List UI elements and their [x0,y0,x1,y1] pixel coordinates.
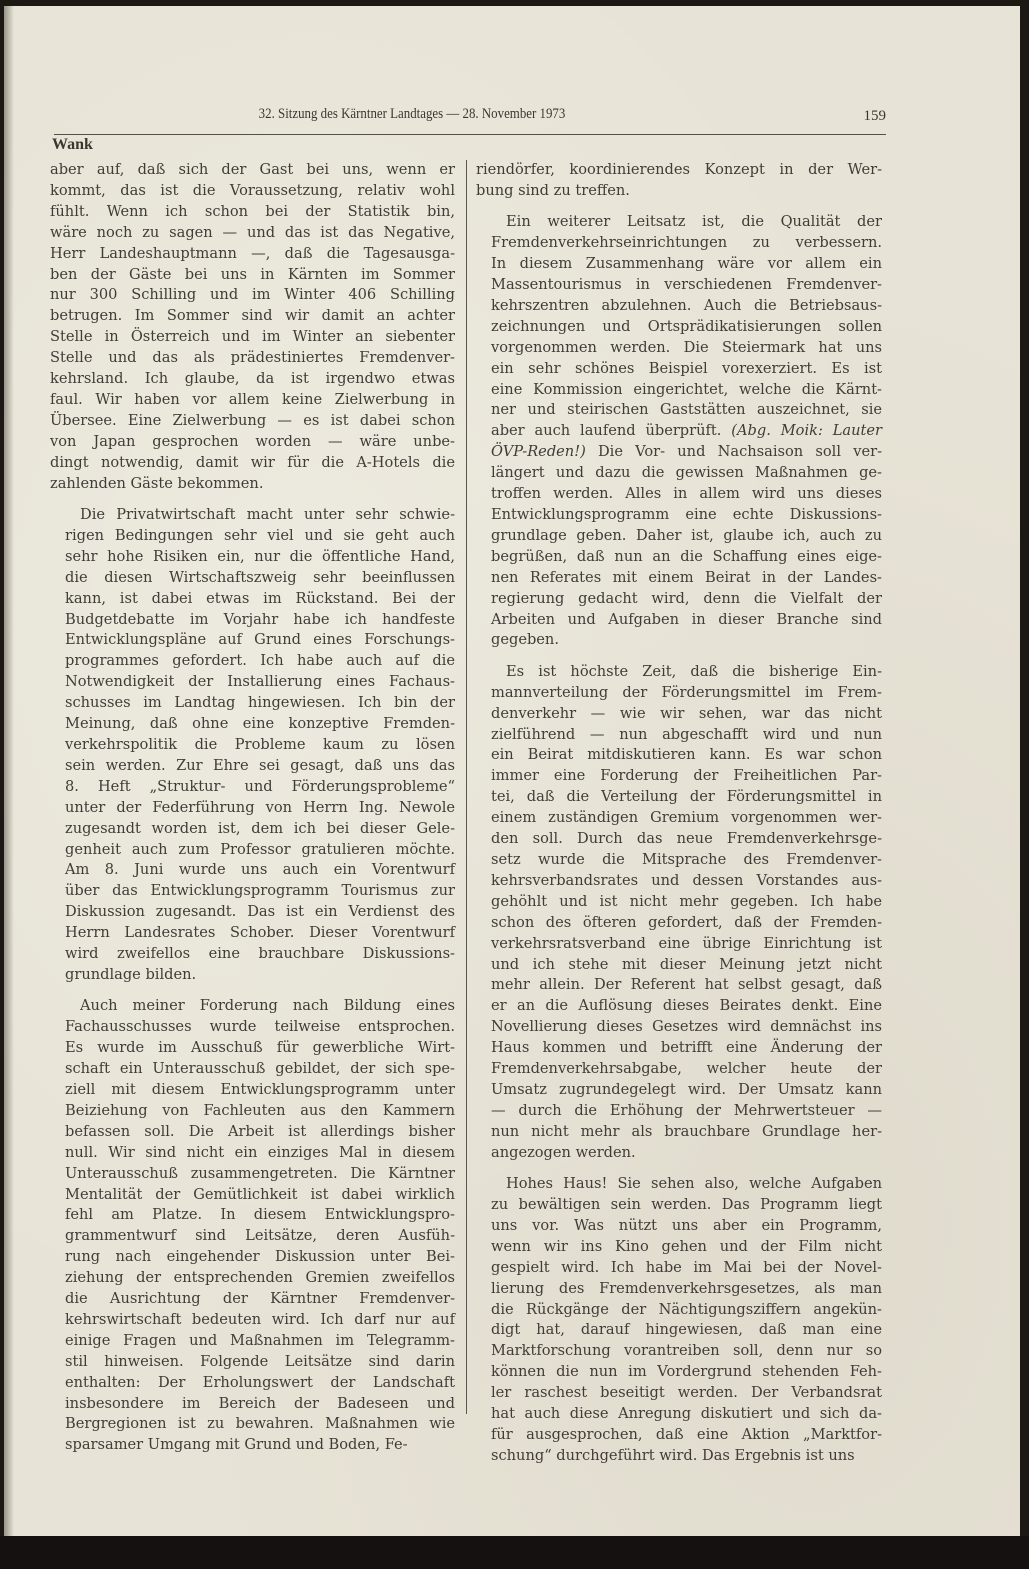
text-line: fühlt. Wenn ich schon bei der Statistik … [50,202,455,223]
text-line: den soll. Durch das neue Fremdenverkehrs… [476,829,882,850]
text-line: Auch meiner Forderung nach Bildung eines [50,996,455,1017]
running-head-title: 32. Sitzung des Kärntner Landtages — 28.… [102,106,721,123]
text-line: Stelle und das als prädestiniertes Fremd… [50,348,455,369]
text-line: Marktforschung vorantreiben soll, denn n… [476,1341,882,1362]
text-line: nen Referates mit einem Beirat in der La… [476,568,882,589]
text-line: tei, daß die Verteilung der Förderungsmi… [476,787,882,808]
text-line: Herrn Landesrates Schober. Dieser Vorent… [50,923,455,944]
text-line: Bergregionen ist zu bewahren. Maßnahmen … [50,1414,455,1435]
text-line: zu bewältigen sein werden. Das Programm … [476,1195,882,1216]
text-line: mehr allein. Der Referent hat selbst ges… [476,975,882,996]
text-line: gehöhlt und ist nicht mehr gegeben. Ich … [476,892,882,913]
text-line: — durch die Erhöhung der Mehrwertsteuer … [476,1101,882,1122]
column-divider [466,160,467,1414]
text-line: Die Privatwirtschaft macht unter sehr sc… [50,505,455,526]
text-line: für ausgesprochen, daß eine Aktion „Mark… [476,1425,882,1446]
text-line: Meinung, daß ohne eine konzeptive Fremde… [50,714,455,735]
binding-shadow [4,6,14,1536]
left-column: aber auf, daß sich der Gast bei uns, wen… [50,160,455,1456]
text-line: ner und steirischen Gaststätten auszeich… [476,400,882,421]
paragraph: Auch meiner Forderung nach Bildung eines… [50,996,455,1456]
text-line: immer eine Forderung der Freiheitlichen … [476,766,882,787]
text-line: aber auch laufend überprüft. (Abg. Moik:… [476,421,882,442]
text-line: längert und dazu die gewissen Maßnahmen … [476,463,882,484]
text-line: wäre noch zu sagen — und das ist das Neg… [50,223,455,244]
text-line: gegeben. [476,630,882,651]
text-line: schaft ein Unterausschuß gebildet, der s… [50,1059,455,1080]
text-line: insbesondere im Bereich der Badeseen und [50,1394,455,1415]
text-line: können die nun im Vordergrund stehenden … [476,1362,882,1383]
text-line: sein werden. Zur Ehre sei gesagt, daß un… [50,756,455,777]
text-line: bung sind zu treffen. [476,181,882,202]
header-rule [54,134,886,135]
text-line: Ein weiterer Leitsatz ist, die Qualität … [476,212,882,233]
text-line: Notwendigkeit der Installierung eines Fa… [50,672,455,693]
text-line: aber auf, daß sich der Gast bei uns, wen… [50,160,455,181]
text-line: Fremdenverkehrseinrichtungen zu verbesse… [476,233,882,254]
text-line: ein Beirat mitdiskutieren kann. Es war s… [476,745,882,766]
text-line: null. Wir sind nicht ein einziges Mal in… [50,1143,455,1164]
paragraph: Hohes Haus! Sie sehen also, welche Aufga… [476,1174,882,1467]
text-line: sehr hohe Risiken ein, nur die öffentlic… [50,547,455,568]
text-line: einige Fragen und Maßnahmen im Telegramm… [50,1331,455,1352]
paragraph: Die Privatwirtschaft macht unter sehr sc… [50,505,455,986]
text-line: kehrszentren abzulehnen. Auch die Betrie… [476,296,882,317]
text-line: troffen werden. Alles in allem wird uns … [476,484,882,505]
text-line: begrüßen, daß nun an die Schaffung eines… [476,547,882,568]
text-line: zahlenden Gäste bekommen. [50,474,455,495]
text-line: vorgenommen werden. Die Steiermark hat u… [476,338,882,359]
text-line: dingt notwendig, damit wir für die A-Hot… [50,453,455,474]
text-line: zeichnungen und Ortsprädikatisierungen s… [476,317,882,338]
text-line: Fremdenverkehrsabgabe, welcher heute der [476,1059,882,1080]
text-line: Stelle in Österreich und im Winter an si… [50,327,455,348]
text-line: unter der Federführung von Herrn Ing. Ne… [50,798,455,819]
paragraph: Ein weiterer Leitsatz ist, die Qualität … [476,212,882,651]
text-line: grundlage bilden. [50,965,455,986]
text-line: schusses im Landtag hingewiesen. Ich bin… [50,693,455,714]
paragraph: aber auf, daß sich der Gast bei uns, wen… [50,160,455,495]
text-line: wird zweifellos eine brauchbare Diskussi… [50,944,455,965]
right-column: riendörfer, koordinierendes Konzept in d… [476,160,882,1467]
text-line: ziell mit diesem Entwicklungsprogramm un… [50,1080,455,1101]
text-line: kehrswirtschaft bedeuten wird. Ich darf … [50,1310,455,1331]
text-line: lierung des Fremdenverkehrsgesetzes, als… [476,1279,882,1300]
text-line: rigen Bedingungen sehr viel und sie geht… [50,526,455,547]
text-line: grammentwurf sind Leitsätze, deren Ausfü… [50,1226,455,1247]
text-line: ler raschest beseitigt werden. Der Verba… [476,1383,882,1404]
text-line: 8. Heft „Struktur- und Förderungsproblem… [50,777,455,798]
text-line: Haus kommen und betrifft eine Änderung d… [476,1038,882,1059]
text-line: und ich stehe mit dieser Meinung jetzt n… [476,955,882,976]
scanned-page: 32. Sitzung des Kärntner Landtages — 28.… [4,6,1020,1536]
interjection: (Abg. Moik: Lauter [731,422,882,439]
scan-border-bottom [0,1536,1029,1569]
text-line: In diesem Zusammenhang wäre vor allem ei… [476,254,882,275]
text-line: nur 300 Schilling und im Winter 406 Schi… [50,285,455,306]
text-line: ziehung der entsprechenden Gremien zweif… [50,1268,455,1289]
text-line: Budgetdebatte im Vorjahr habe ich handfe… [50,610,455,631]
text-line: Hohes Haus! Sie sehen also, welche Aufga… [476,1174,882,1195]
text-line: Arbeiten und Aufgaben in dieser Branche … [476,610,882,631]
text-line: stil hinweisen. Folgende Leitsätze sind … [50,1352,455,1373]
page-number: 159 [864,108,887,125]
text-line: kehrsverbandsrates und dessen Vorstandes… [476,871,882,892]
text-line: riendörfer, koordinierendes Konzept in d… [476,160,882,181]
text-line: Novellierung dieses Gesetzes wird demnäc… [476,1017,882,1038]
text-line: Mentalität der Gemütlichkeit ist dabei w… [50,1185,455,1206]
text-line: Entwicklungsprogramm eine echte Diskussi… [476,505,882,526]
text-line: setz wurde die Mitsprache des Fremdenver… [476,850,882,871]
text-line: Fachausschusses wurde teilweise entsproc… [50,1017,455,1038]
paragraph: riendörfer, koordinierendes Konzept in d… [476,160,882,202]
text-line: Diskussion zugesandt. Das ist ein Verdie… [50,902,455,923]
text-line: Umsatz zugrundegelegt wird. Der Umsatz k… [476,1080,882,1101]
text-line: einem zuständigen Gremium vorgenommen we… [476,808,882,829]
text-line: betrugen. Im Sommer sind wir damit an ac… [50,306,455,327]
text-line: sparsamer Umgang mit Grund und Boden, Fe… [50,1435,455,1456]
text-line: Massentourismus in verschiedenen Fremden… [476,275,882,296]
running-head: 32. Sitzung des Kärntner Landtages — 28.… [52,106,886,130]
text-line: regierung gedacht wird, denn die Vielfal… [476,589,882,610]
text-line: Herr Landeshauptmann —, daß die Tagesaus… [50,244,455,265]
text-line: Beiziehung von Fachleuten aus den Kammer… [50,1101,455,1122]
text-line: uns vor. Was nützt uns aber ein Programm… [476,1216,882,1237]
text-line: die Ausrichtung der Kärntner Fremdenver- [50,1289,455,1310]
text-line: die Rückgänge der Nächtigungsziffern ang… [476,1300,882,1321]
interjection: ÖVP-Reden!) [491,443,586,460]
text-line: über das Entwicklungsprogramm Tourismus … [50,881,455,902]
text-line: zielführend — nun abgeschafft wird und n… [476,725,882,746]
text-line: grundlage geben. Daher ist, glaube ich, … [476,526,882,547]
text-line: ben der Gäste bei uns in Kärnten im Somm… [50,265,455,286]
text-line: fehl am Platze. In diesem Entwicklungspr… [50,1205,455,1226]
text-line: Übersee. Eine Zielwerbung — es ist dabei… [50,411,455,432]
text-line: die diesen Wirtschaftszweig sehr beeinfl… [50,568,455,589]
text-line: rung nach eingehender Diskussion unter B… [50,1247,455,1268]
text-line: schon des öfteren gefordert, daß der Fre… [476,913,882,934]
text-line: kehrsland. Ich glaube, da ist irgendwo e… [50,369,455,390]
text-line: befassen soll. Die Arbeit ist allerdings… [50,1122,455,1143]
text-line: Es ist höchste Zeit, daß die bisherige E… [476,662,882,683]
text-line: eine Kommission eingerichtet, welche die… [476,380,882,401]
text-line: denverkehr — wie wir sehen, war das nich… [476,704,882,725]
text-line: wenn wir ins Kino gehen und der Film nic… [476,1237,882,1258]
text-line: genheit auch zum Professor gratulieren m… [50,840,455,861]
text-line: gespielt wird. Ich habe im Mai bei der N… [476,1258,882,1279]
text-line: Es wurde im Ausschuß für gewerbliche Wir… [50,1038,455,1059]
speaker-name: Wank [52,136,93,154]
text-line: verkehrsratsverband eine übrige Einricht… [476,934,882,955]
text-line: schung“ durchgeführt wird. Das Ergebnis … [476,1446,882,1467]
text-line: ÖVP-Reden!) Die Vor- und Nachsaison soll… [476,442,882,463]
text-line: kommt, das ist die Voraussetzung, relati… [50,181,455,202]
text-line: er an die Auflösung dieses Beirates denk… [476,996,882,1017]
text-line: Am 8. Juni wurde uns auch ein Vorentwurf [50,860,455,881]
text-line: angezogen werden. [476,1143,882,1164]
text-line: enthalten: Der Erholungswert der Landsch… [50,1373,455,1394]
text-line: von Japan gesprochen worden — wäre unbe- [50,432,455,453]
text-line: mannverteilung der Förderungsmittel im F… [476,683,882,704]
text-line: hat auch diese Anregung diskutiert und s… [476,1404,882,1425]
text-line: nun nicht mehr als brauchbare Grundlage … [476,1122,882,1143]
text-line: digt hat, darauf hingewiesen, daß man ei… [476,1320,882,1341]
text-line: zugesandt worden ist, dem ich bei dieser… [50,819,455,840]
text-line: programmes gefordert. Ich habe auch auf … [50,651,455,672]
text-line: faul. Wir haben vor allem keine Zielwerb… [50,390,455,411]
text-line: verkehrspolitik die Probleme kaum zu lös… [50,735,455,756]
text-line: Entwicklungspläne auf Grund eines Forsch… [50,630,455,651]
text-line: kann, ist dabei etwas im Rückstand. Bei … [50,589,455,610]
paragraph: Es ist höchste Zeit, daß die bisherige E… [476,662,882,1164]
text-line: ein sehr schönes Beispiel vorexerziert. … [476,359,882,380]
text-line: Unterausschuß zusammengetreten. Die Kärn… [50,1164,455,1185]
